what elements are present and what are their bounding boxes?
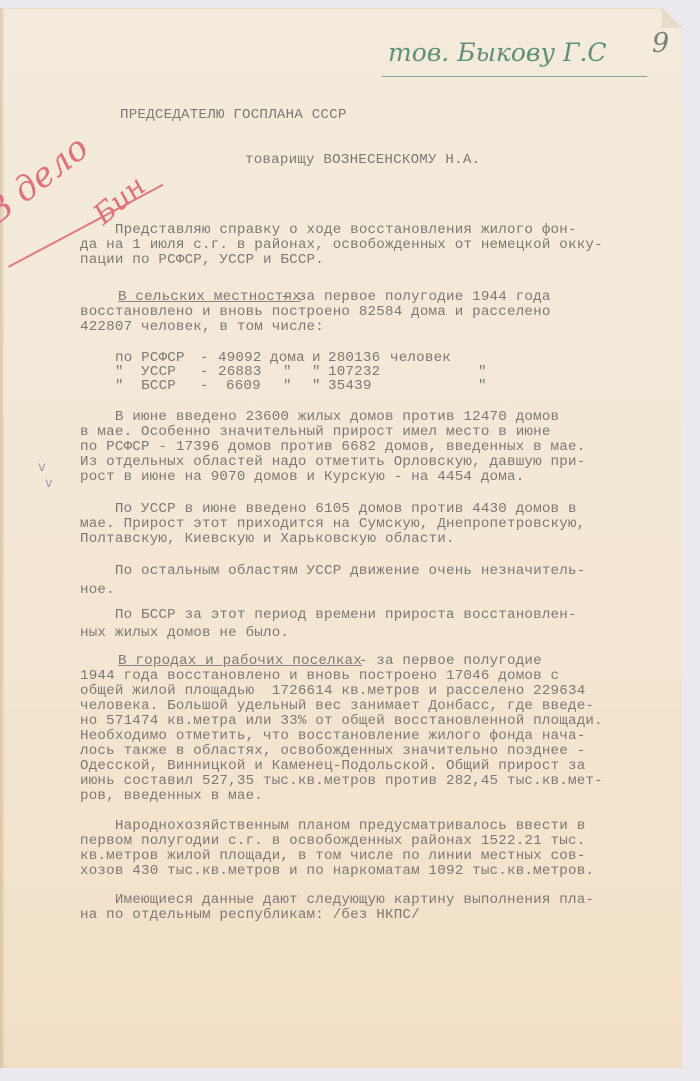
document-page: тов. Быкову Г.С 9 ПРЕДСЕДАТЕЛЮ ГОСПЛАНА … (0, 8, 682, 1068)
handwritten-addressee: тов. Быкову Г.С (388, 38, 607, 67)
margin-check-icon: v (45, 476, 53, 491)
addressee-underline (382, 76, 647, 77)
page-number: 9 (652, 28, 669, 59)
recipient-name: товарищу ВОЗНЕСЕНСКОМУ Н.А. (245, 153, 480, 168)
recipient-title: ПРЕДСЕДАТЕЛЮ ГОСПЛАНА СССР (120, 108, 347, 123)
resolution-to-file: В дело (0, 128, 96, 233)
margin-check-icon: v (38, 460, 46, 475)
